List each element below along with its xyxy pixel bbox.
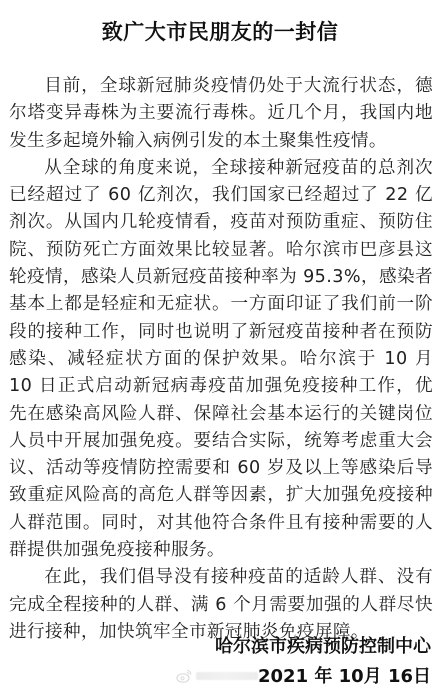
signature-organization: 哈尔滨市疾病预防控制中心: [215, 634, 431, 660]
letter-title: 致广大市民朋友的一封信: [0, 16, 440, 46]
letter-body: 目前，全球新冠肺炎疫情仍处于大流行状态，德尔塔变异毒株为主要流行毒株。近几个月，…: [9, 73, 433, 646]
watermark-text-blurred: [196, 672, 258, 680]
paragraph-intro: 目前，全球新冠肺炎疫情仍处于大流行状态，德尔塔变异毒株为主要流行毒株。近几个月，…: [9, 73, 433, 155]
watermark: [176, 669, 258, 683]
weibo-logo-icon: [176, 669, 192, 683]
paragraph-vaccination: 从全球的角度来说，全球接种新冠疫苗的总剂次已经超过了 60 亿剂次，我们国家已经…: [9, 155, 433, 564]
letter-page: 致广大市民朋友的一封信 目前，全球新冠肺炎疫情仍处于大流行状态，德尔塔变异毒株为…: [0, 0, 440, 693]
